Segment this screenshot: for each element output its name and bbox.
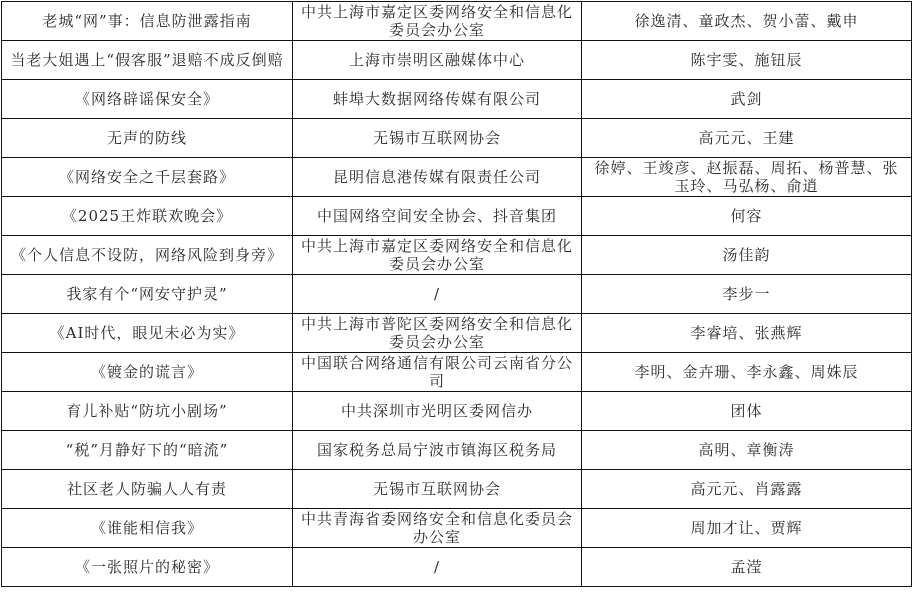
table-row: 《镀金的谎言》 中国联合网络通信有限公司云南省分公司 李明、金卉珊、李永鑫、周姝…: [2, 353, 912, 392]
table-row: 当老大姐遇上“假客服”退赔不成反倒赔 上海市崇明区融媒体中心 陈宇雯、施钮辰: [2, 41, 912, 80]
work-title-cell: 《2025王炸联欢晚会》: [2, 197, 293, 236]
authors-cell: 李步一: [582, 275, 912, 314]
authors-cell: 高明、章衡涛: [582, 431, 912, 470]
organization-cell: 中共上海市普陀区委网络安全和信息化委员会办公室: [293, 314, 582, 353]
organization-cell: 中共上海市嘉定区委网络安全和信息化委员会办公室: [293, 2, 582, 41]
organization-cell: 中国联合网络通信有限公司云南省分公司: [293, 353, 582, 392]
authors-cell: 孟滢: [582, 548, 912, 587]
organization-cell: 中共上海市嘉定区委网络安全和信息化委员会办公室: [293, 236, 582, 275]
table-row: 老城“网”事：信息防泄露指南 中共上海市嘉定区委网络安全和信息化委员会办公室 徐…: [2, 2, 912, 41]
work-title-cell: 《网络安全之千层套路》: [2, 158, 293, 197]
work-title-cell: 《镀金的谎言》: [2, 353, 293, 392]
table-row: 无声的防线 无锡市互联网协会 高元元、王建: [2, 119, 912, 158]
work-title-cell: 我家有个“网安守护灵”: [2, 275, 293, 314]
organization-cell: 无锡市互联网协会: [293, 119, 582, 158]
organization-cell: 无锡市互联网协会: [293, 470, 582, 509]
organization-cell: 中共深圳市光明区委网信办: [293, 392, 582, 431]
table-row: 《谁能相信我》 中共青海省委网络安全和信息化委员会办公室 周加才让、贾辉: [2, 509, 912, 548]
organization-cell: 上海市崇明区融媒体中心: [293, 41, 582, 80]
work-title-cell: “税”月静好下的“暗流”: [2, 431, 293, 470]
authors-cell: 徐婷、王竣彦、赵振磊、周拓、杨普慧、张玉玲、马弘杨、俞逍: [582, 158, 912, 197]
table-row: 《网络安全之千层套路》 昆明信息港传媒有限责任公司 徐婷、王竣彦、赵振磊、周拓、…: [2, 158, 912, 197]
table-body: 老城“网”事：信息防泄露指南 中共上海市嘉定区委网络安全和信息化委员会办公室 徐…: [2, 2, 912, 587]
work-title-cell: 当老大姐遇上“假客服”退赔不成反倒赔: [2, 41, 293, 80]
work-title-cell: 《谁能相信我》: [2, 509, 293, 548]
authors-cell: 周加才让、贾辉: [582, 509, 912, 548]
work-title-cell: 《一张照片的秘密》: [2, 548, 293, 587]
table-row: 《个人信息不设防，网络风险到身旁》 中共上海市嘉定区委网络安全和信息化委员会办公…: [2, 236, 912, 275]
table-row: 《2025王炸联欢晚会》 中国网络空间安全协会、抖音集团 何容: [2, 197, 912, 236]
work-title-cell: 育儿补贴“防坑小剧场”: [2, 392, 293, 431]
table-row: 《AI时代，眼见未必为实》 中共上海市普陀区委网络安全和信息化委员会办公室 李睿…: [2, 314, 912, 353]
table-row: 《一张照片的秘密》 / 孟滢: [2, 548, 912, 587]
organization-cell: 中国网络空间安全协会、抖音集团: [293, 197, 582, 236]
work-title-cell: 无声的防线: [2, 119, 293, 158]
authors-cell: 何容: [582, 197, 912, 236]
authors-cell: 团体: [582, 392, 912, 431]
authors-cell: 高元元、王建: [582, 119, 912, 158]
work-title-cell: 老城“网”事：信息防泄露指南: [2, 2, 293, 41]
work-title-cell: 社区老人防骗人人有责: [2, 470, 293, 509]
organization-cell: 昆明信息港传媒有限责任公司: [293, 158, 582, 197]
organization-cell: 蚌埠大数据网络传媒有限公司: [293, 80, 582, 119]
authors-cell: 徐逸清、童政杰、贺小蕾、戴申: [582, 2, 912, 41]
table-row: 社区老人防骗人人有责 无锡市互联网协会 高元元、肖露露: [2, 470, 912, 509]
authors-cell: 李睿培、张燕辉: [582, 314, 912, 353]
work-title-cell: 《AI时代，眼见未必为实》: [2, 314, 293, 353]
work-title-cell: 《个人信息不设防，网络风险到身旁》: [2, 236, 293, 275]
table-row: 《网络辟谣保安全》 蚌埠大数据网络传媒有限公司 武剑: [2, 80, 912, 119]
awards-table: 老城“网”事：信息防泄露指南 中共上海市嘉定区委网络安全和信息化委员会办公室 徐…: [1, 1, 912, 587]
authors-cell: 武剑: [582, 80, 912, 119]
organization-cell: /: [293, 548, 582, 587]
organization-cell: 中共青海省委网络安全和信息化委员会办公室: [293, 509, 582, 548]
authors-cell: 陈宇雯、施钮辰: [582, 41, 912, 80]
work-title-cell: 《网络辟谣保安全》: [2, 80, 293, 119]
table-row: 育儿补贴“防坑小剧场” 中共深圳市光明区委网信办 团体: [2, 392, 912, 431]
table-row: 我家有个“网安守护灵” / 李步一: [2, 275, 912, 314]
authors-cell: 汤佳韵: [582, 236, 912, 275]
authors-cell: 高元元、肖露露: [582, 470, 912, 509]
organization-cell: /: [293, 275, 582, 314]
table-row: “税”月静好下的“暗流” 国家税务总局宁波市镇海区税务局 高明、章衡涛: [2, 431, 912, 470]
organization-cell: 国家税务总局宁波市镇海区税务局: [293, 431, 582, 470]
authors-cell: 李明、金卉珊、李永鑫、周姝辰: [582, 353, 912, 392]
